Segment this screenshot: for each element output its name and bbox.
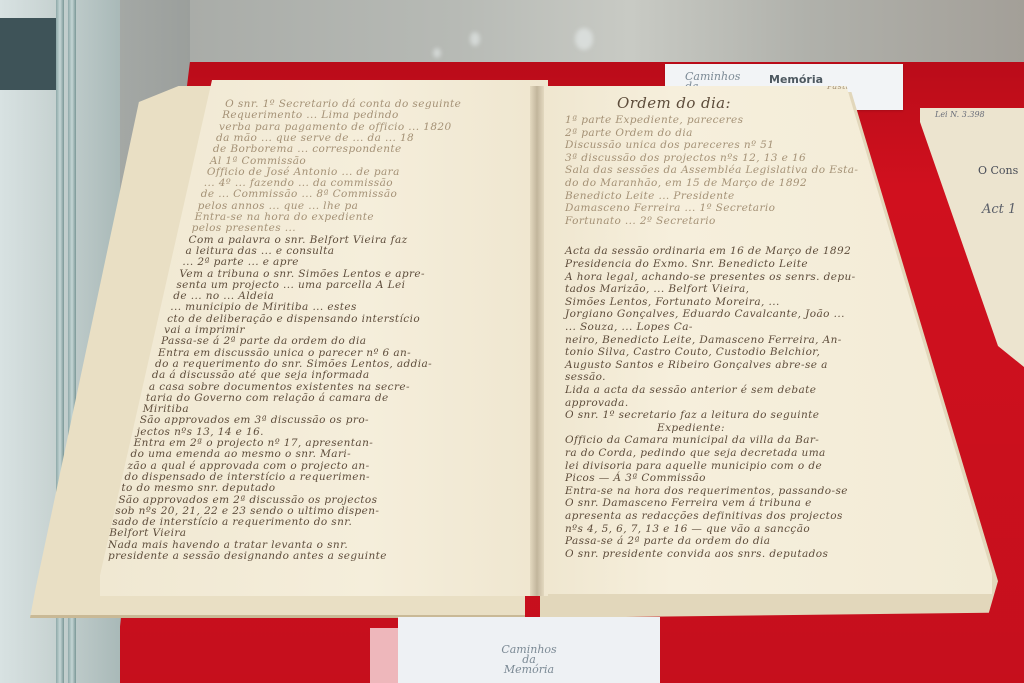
handwritten-line: Simões Lentos, Fortunato Moreira, ... — [565, 296, 780, 308]
handwritten-line: do uma emenda ao mesmo o snr. Mari- — [131, 448, 352, 460]
handwritten-line: tonio Silva, Castro Couto, Custodio Belc… — [565, 346, 820, 358]
handwritten-line: São approvados em 3ª discussão os pro- — [140, 414, 369, 426]
handwritten-line: O snr. Damasceno Ferreira vem á tribuna … — [565, 497, 812, 509]
light-glare — [575, 28, 593, 50]
handwritten-line: Com a palavra o snr. Belfort Vieira faz — [189, 234, 408, 246]
handwritten-line: de Borborema ... correspondente — [213, 143, 402, 155]
handwritten-line: Fortunato ... 2º Secretario — [565, 215, 716, 227]
handwritten-line: A hora legal, achando-se presentes os se… — [565, 271, 856, 283]
handwritten-line: Benedicto Leite ... Presidente — [565, 190, 735, 202]
handwritten-line: Passa-se á 2ª parte da ordem do dia — [565, 535, 770, 547]
handwritten-line: Officio de José Antonio ... de para — [207, 166, 400, 178]
handwritten-line: sado de interstício a requerimento do sn… — [112, 516, 352, 528]
handwritten-line: Requerimento ... Lima pedindo — [222, 109, 399, 121]
handwritten-line: Sala das sessões da Assembléa Legislativ… — [565, 164, 858, 176]
handwritten-line: verba para pagamento de officio ... 1820 — [219, 121, 452, 133]
handwritten-line: a leitura das ... e consulta — [185, 245, 334, 257]
handwritten-line: Belfort Vieira — [109, 527, 186, 539]
handwritten-line: Entra em discussão unica o parecer nº 6 … — [158, 347, 411, 359]
handwritten-line: presidente a sessão designando antes a s… — [108, 550, 387, 562]
handwritten-line: Acta da sessão ordinaria em 16 de Março … — [565, 245, 851, 257]
exhibit-label-bottom: Caminhos da Memória — [398, 617, 660, 683]
handwritten-line: ... Souza, ... Lopes Ca- — [565, 321, 693, 333]
handwritten-line: Discussão unica dos pareceres nº 51 — [565, 139, 774, 151]
handwritten-line: Augusto Santos e Ribeiro Gonçalves abre-… — [565, 359, 828, 371]
handwritten-line: jectos nºs 13, 14 e 16. — [137, 426, 264, 438]
handwritten-line: Nada mais havendo a tratar levanta o snr… — [108, 539, 348, 551]
handwritten-line: ... municipio de Miritiba ... estes — [170, 301, 357, 313]
page-heading: Ordem do dia: — [617, 94, 731, 112]
handwritten-line: Entra-se na hora dos requerimentos, pass… — [565, 485, 848, 497]
open-manuscript-book: O snr. 1º Secretario dá conta do seguint… — [30, 78, 1000, 623]
handwritten-line: Entra-se na hora do expediente — [195, 211, 374, 223]
handwritten-line: neiro, Benedicto Leite, Damasceno Ferrei… — [565, 334, 842, 346]
handwritten-line: Entra em 2ª o projecto nº 17, apresentan… — [134, 437, 374, 449]
handwritten-line: Lida a acta da sessão anterior é sem deb… — [565, 384, 816, 396]
handwritten-line: do a requerimento do snr. Simões Lentos,… — [155, 358, 432, 370]
handwritten-line: São approvados em 2ª discussão os projec… — [118, 494, 377, 506]
handwritten-line: do do Maranhão, em 15 de Março de 1892 — [565, 177, 807, 189]
handwritten-line: pelos annos ... que ... lhe pa — [198, 200, 359, 212]
handwritten-line: Jorgiano Gonçalves, Eduardo Cavalcante, … — [565, 308, 845, 320]
handwritten-line: 2ª parte Ordem do dia — [565, 127, 693, 139]
handwritten-line: ra do Corda, pedindo que seja decretada … — [565, 447, 826, 459]
handwritten-line: Miritiba — [143, 403, 189, 415]
handwritten-line: Al 1ª Commissão — [210, 155, 306, 167]
handwritten-line: O snr. 1º secretario faz a leitura do se… — [565, 409, 819, 421]
handwritten-line: taria do Governo com relação á camara de — [146, 392, 389, 404]
handwritten-line: da mão ... que serve de ... da ... 18 — [216, 132, 414, 144]
handwritten-line: do dispensado de interstício a requerime… — [124, 471, 369, 483]
handwritten-line: senta um projecto ... uma parcella A Lei — [176, 279, 405, 291]
handwritten-line: Expediente: — [657, 422, 725, 434]
handwritten-line: ... 2ª parte ... e apre — [182, 256, 298, 268]
handwritten-line: a casa sobre documentos existentes na se… — [149, 381, 410, 393]
handwritten-line: apresenta as redacções definitivas dos p… — [565, 510, 843, 522]
handwritten-line: Officio da Camara municipal da villa da … — [565, 434, 819, 446]
light-glare — [470, 32, 480, 46]
handwritten-line: to do mesmo snr. deputado — [121, 482, 275, 494]
label-logo: Caminhos da Memória — [499, 645, 559, 683]
handwritten-line: O snr. presidente convida aos snrs. depu… — [565, 548, 828, 560]
handwritten-line: sessão. — [565, 371, 606, 383]
handwritten-line: 3ª discussão dos projectos nºs 12, 13 e … — [565, 152, 806, 164]
handwritten-line: vai a imprimir — [164, 324, 245, 336]
handwritten-line: de ... no ... Aldeia — [173, 290, 274, 302]
case-back-wall — [150, 0, 1024, 70]
handwritten-line: Vem a tribuna o snr. Simões Lentos e apr… — [179, 268, 425, 280]
handwritten-line: sob nºs 20, 21, 22 e 23 sendo o ultimo d… — [115, 505, 379, 517]
light-glare — [433, 48, 441, 58]
handwritten-line: zão a qual é approvada com o projecto an… — [128, 460, 370, 472]
handwritten-line: lei divisoria para aquelle municipio com… — [565, 460, 822, 472]
handwritten-line: da á discussão até que seja informada — [152, 369, 370, 381]
handwritten-line: approvada. — [565, 397, 629, 409]
handwritten-line: Picos — Á 3ª Commissão — [565, 472, 706, 484]
handwritten-line: Damasceno Ferreira ... 1º Secretario — [565, 202, 775, 214]
handwritten-line: O snr. 1º Secretario dá conta do seguint… — [225, 98, 461, 110]
museum-display-photo: Lei N. 3.398 O Cons Act 1 Caminhos da Me… — [0, 0, 1024, 683]
handwritten-line: 1ª parte Expediente, pareceres — [565, 114, 743, 126]
handwritten-line: tados Marizão, ... Belfort Vieira, — [565, 283, 749, 295]
book-gutter — [530, 86, 544, 596]
handwritten-line: pelos presentes ... — [192, 222, 296, 234]
handwritten-line: de ... Commissão ... 8ª Commissão — [201, 188, 398, 200]
handwritten-line: cto de deliberação e dispensando interst… — [167, 313, 420, 325]
handwritten-line: ... 4º ... fazendo ... da commissão — [204, 177, 393, 189]
handwritten-line: nºs 4, 5, 6, 7, 13 e 16 — que vão a sanc… — [565, 523, 810, 535]
handwritten-line: Passa-se á 2ª parte da ordem do dia — [161, 335, 366, 347]
handwritten-line: Presidencia do Exmo. Snr. Benedicto Leit… — [565, 258, 808, 270]
page-number: Pasta 98 — [827, 82, 865, 91]
